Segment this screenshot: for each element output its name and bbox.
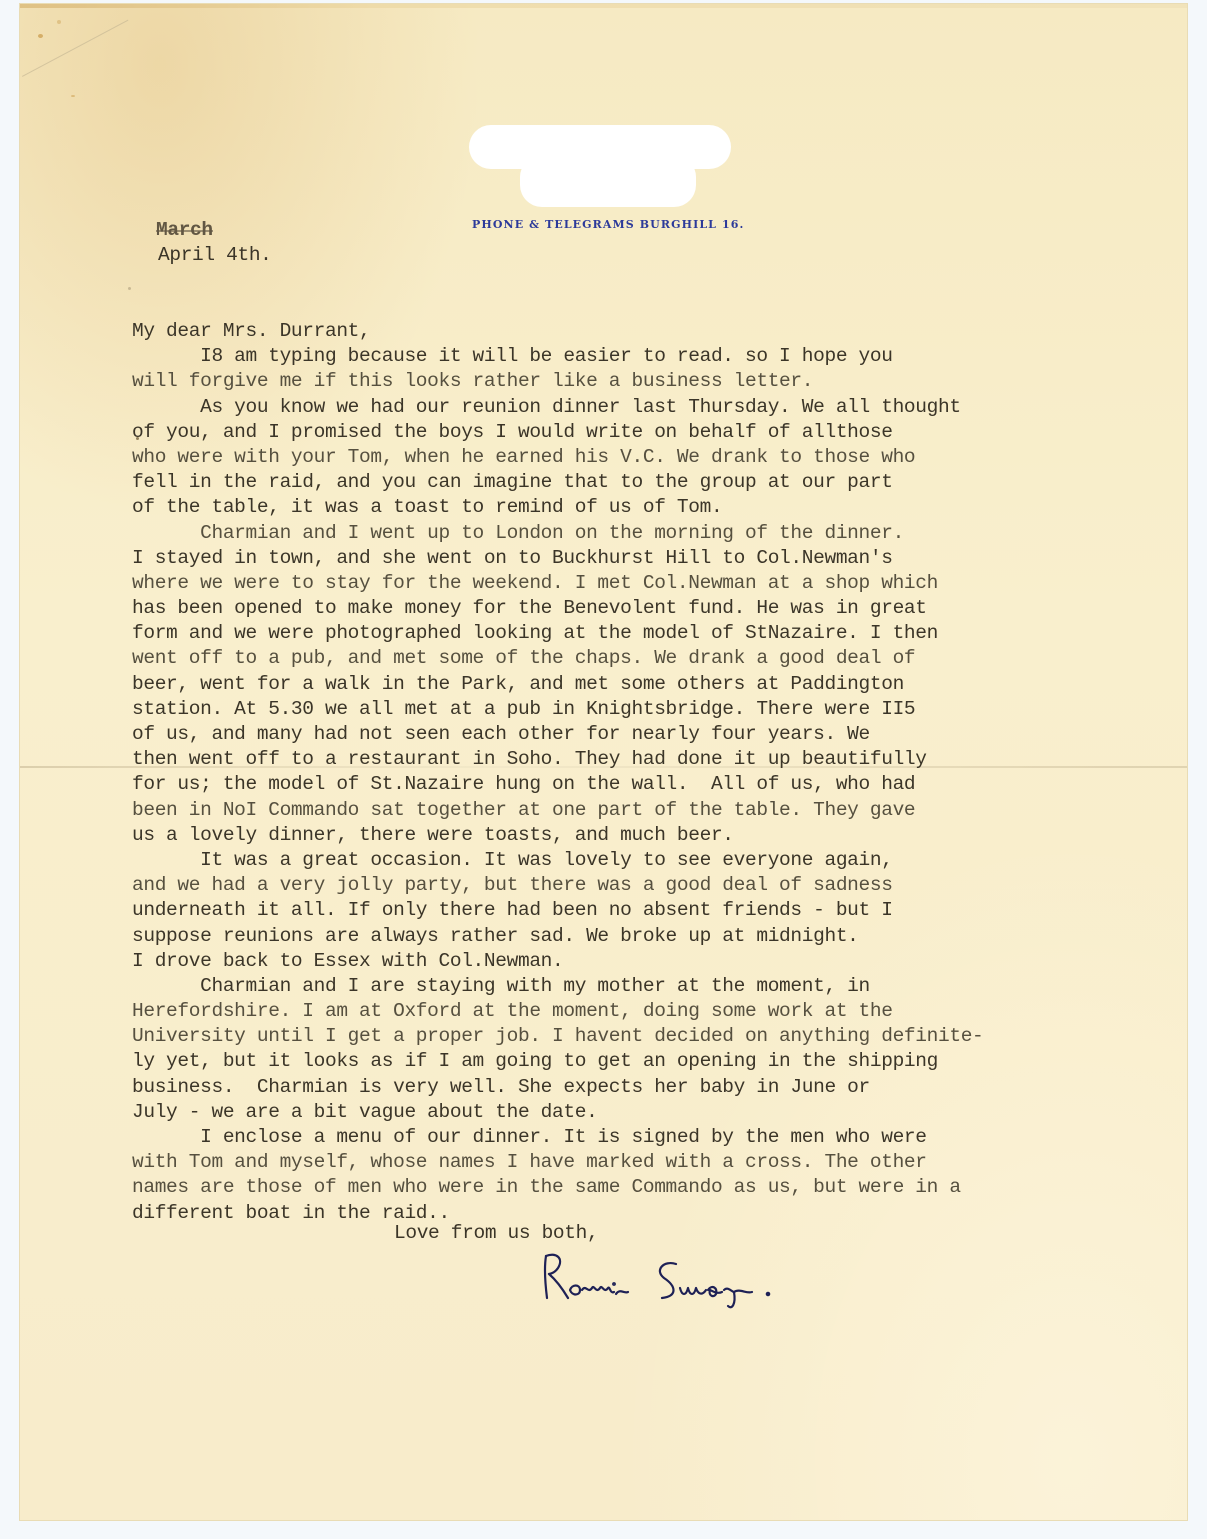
body-line: who were with your Tom, when he earned h… [132,445,983,470]
body-line: Charmian and I are staying with my mothe… [132,974,983,999]
body-line: for us; the model of St.Nazaire hung on … [132,772,983,797]
paper-stain-spot [128,287,131,290]
paper-stain-spot [71,95,75,97]
body-line: underneath it all. If only there had bee… [132,898,983,923]
body-line: of the table, it was a toast to remind o… [132,495,983,520]
body-line: been in NoI Commando sat together at one… [132,798,983,823]
letter-body: My dear Mrs. Durrant, I8 am typing becau… [132,319,983,1226]
redaction-block [520,155,696,207]
body-line: I drove back to Essex with Col.Newman. [132,949,983,974]
body-line: has been opened to make money for the Be… [132,596,983,621]
struck-out-month: March [156,219,213,241]
body-line: station. At 5.30 we all met at a pub in … [132,697,983,722]
salutation: My dear Mrs. Durrant, [132,319,983,344]
letter-date: April 4th. [158,244,272,266]
paper-top-edge-stain [20,4,1187,8]
body-line: It was a great occasion. It was lovely t… [132,848,983,873]
closing-line: Love from us both, [394,1222,598,1244]
body-line: University until I get a proper job. I h… [132,1024,983,1049]
body-line: and we had a very jolly party, but there… [132,873,983,898]
body-line: suppose reunions are always rather sad. … [132,924,983,949]
body-line: then went off to a restaurant in Soho. T… [132,747,983,772]
body-line: of us, and many had not seen each other … [132,722,983,747]
body-line: As you know we had our reunion dinner la… [132,395,983,420]
paper-stain-spot [57,20,61,24]
body-line: went off to a pub, and met some of the c… [132,646,983,671]
body-line: I stayed in town, and she went on to Buc… [132,546,983,571]
corner-fold-crease [22,20,128,77]
body-line: July - we are a bit vague about the date… [132,1100,983,1125]
body-line: ly yet, but it looks as if I am going to… [132,1049,983,1074]
handwritten-signature [536,1250,786,1310]
body-line: Herefordshire. I am at Oxford at the mom… [132,999,983,1024]
body-line: fell in the raid, and you can imagine th… [132,470,983,495]
body-line: with Tom and myself, whose names I have … [132,1150,983,1175]
paper-stain-spot [38,34,43,38]
body-line: Charmian and I went up to London on the … [132,521,983,546]
body-line: us a lovely dinner, there were toasts, a… [132,823,983,848]
body-line: names are those of men who were in the s… [132,1175,983,1200]
body-line: where we were to stay for the weekend. I… [132,571,983,596]
body-line: form and we were photographed looking at… [132,621,983,646]
body-line: I enclose a menu of our dinner. It is si… [132,1125,983,1150]
body-line: I8 am typing because it will be easier t… [132,344,983,369]
body-line: beer, went for a walk in the Park, and m… [132,672,983,697]
body-line: of you, and I promised the boys I would … [132,420,983,445]
body-line: will forgive me if this looks rather lik… [132,369,983,394]
letterhead-phone-telegrams: PHONE & TELEGRAMS BURGHILL 16. [472,218,744,231]
body-line: business. Charmian is very well. She exp… [132,1075,983,1100]
